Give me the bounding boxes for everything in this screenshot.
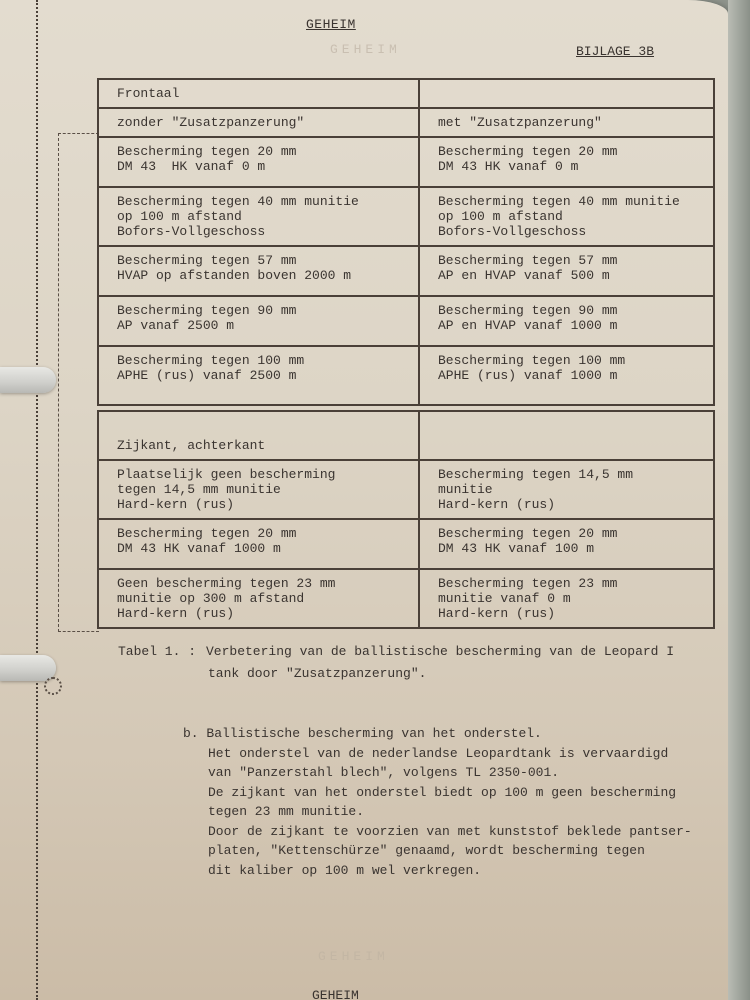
section-title: Frontaal (97, 80, 420, 107)
cell-line: Bofors-Vollgeschoss (438, 224, 713, 239)
background-edge (728, 0, 750, 1000)
cell-line: tegen 14,5 mm munitie (117, 482, 418, 497)
table-row: Plaatselijk geen beschermingtegen 14,5 m… (97, 461, 715, 520)
paragraph-line: platen, "Kettenschürze" genaamd, wordt b… (183, 841, 692, 861)
cell-line: Plaatselijk geen bescherming (117, 467, 418, 482)
table-row: Bescherming tegen 20 mmDM 43 HK vanaf 0 … (97, 138, 715, 188)
cell-line: Hard-kern (rus) (117, 497, 418, 512)
cell-line: Bescherming tegen 14,5 mm (438, 467, 713, 482)
footer-classification: GEHEIM (312, 988, 359, 1000)
cell-with-armor: Bescherming tegen 100 mmAPHE (rus) vanaf… (420, 347, 715, 404)
section-header-row: Frontaal (97, 78, 715, 109)
cell-line (117, 383, 418, 398)
section-title-text: Zijkant, achterkant (117, 438, 418, 453)
document-page: GEHEIM GEHEIM BIJLAGE 3B Frontaalzonder … (0, 0, 728, 1000)
cell-line: Hard-kern (rus) (438, 497, 713, 512)
cell-line: op 100 m afstand (117, 209, 418, 224)
cell-line: Bescherming tegen 100 mm (117, 353, 418, 368)
punch-hole (44, 677, 62, 695)
paragraph-heading: b. Ballistische bescherming van het onde… (183, 724, 692, 744)
cell-with-armor: Bescherming tegen 40 mm munitieop 100 m … (420, 188, 715, 245)
cell-line: Geen bescherming tegen 23 mm (117, 576, 418, 591)
cell-line: Hard-kern (rus) (438, 606, 713, 621)
cell-line: Bescherming tegen 40 mm munitie (438, 194, 713, 209)
cell-with-armor: Bescherming tegen 90 mmAP en HVAP vanaf … (420, 297, 715, 345)
cell-line: AP vanaf 2500 m (117, 318, 418, 333)
protection-table: Frontaalzonder "Zusatzpanzerung"met "Zus… (97, 78, 715, 629)
cell-line: APHE (rus) vanaf 1000 m (438, 368, 713, 383)
footer-classification-ghost: GEHEIM (318, 949, 389, 964)
cell-with-armor: Bescherming tegen 20 mmDM 43 HK vanaf 0 … (420, 138, 715, 186)
binder-margin-line (36, 0, 41, 1000)
cell-line: AP en HVAP vanaf 1000 m (438, 318, 713, 333)
cell-line: Hard-kern (rus) (117, 606, 418, 621)
cell-with-armor: Bescherming tegen 20 mmDM 43 HK vanaf 10… (420, 520, 715, 568)
column-header-right: met "Zusatzpanzerung" (420, 109, 715, 136)
binder-ring-bottom (0, 655, 56, 681)
cell-line: Bescherming tegen 100 mm (438, 353, 713, 368)
table-row: Bescherming tegen 57 mmHVAP op afstanden… (97, 247, 715, 297)
cell-line: Bofors-Vollgeschoss (117, 224, 418, 239)
table-row: Bescherming tegen 20 mmDM 43 HK vanaf 10… (97, 520, 715, 570)
section-title-empty (420, 80, 715, 107)
paragraph-line: Door de zijkant te voorzien van met kuns… (183, 822, 692, 842)
cell-line: Bescherming tegen 20 mm (117, 144, 418, 159)
table-outer-frame (58, 133, 99, 632)
cell-line: Bescherming tegen 90 mm (117, 303, 418, 318)
cell-line: munitie op 300 m afstand (117, 591, 418, 606)
caption-line-2: tank door "Zusatzpanzerung". (118, 663, 674, 685)
classification-header: GEHEIM (306, 17, 356, 32)
cell-without-armor: Bescherming tegen 57 mmHVAP op afstanden… (97, 247, 420, 295)
section-title: Zijkant, achterkant (97, 412, 420, 459)
cell-line: Bescherming tegen 20 mm (438, 144, 713, 159)
cell-line (438, 383, 713, 398)
cell-line: Bescherming tegen 40 mm munitie (117, 194, 418, 209)
cell-line: HVAP op afstanden boven 2000 m (117, 268, 418, 283)
cell-without-armor: Plaatselijk geen beschermingtegen 14,5 m… (97, 461, 420, 518)
cell-line: Bescherming tegen 57 mm (117, 253, 418, 268)
table-row: Bescherming tegen 90 mmAP vanaf 2500 mBe… (97, 297, 715, 347)
cell-without-armor: Bescherming tegen 90 mmAP vanaf 2500 m (97, 297, 420, 345)
annex-label: BIJLAGE 3B (576, 44, 654, 59)
cell-line: DM 43 HK vanaf 0 m (438, 159, 713, 174)
caption-label: Tabel 1. : (118, 641, 206, 663)
table-row: Geen bescherming tegen 23 mmmunitie op 3… (97, 570, 715, 629)
cell-line: AP en HVAP vanaf 500 m (438, 268, 713, 283)
paragraph-line: van "Panzerstahl blech", volgens TL 2350… (183, 763, 692, 783)
cell-line: Bescherming tegen 20 mm (438, 526, 713, 541)
cell-line: Bescherming tegen 90 mm (438, 303, 713, 318)
cell-line: Bescherming tegen 20 mm (117, 526, 418, 541)
cell-line: munitie vanaf 0 m (438, 591, 713, 606)
cell-line: Bescherming tegen 23 mm (438, 576, 713, 591)
cell-without-armor: Bescherming tegen 40 mm munitieop 100 m … (97, 188, 420, 245)
paragraph-line: dit kaliber op 100 m wel verkregen. (183, 861, 692, 881)
paragraph-line: De zijkant van het onderstel biedt op 10… (183, 783, 692, 803)
cell-with-armor: Bescherming tegen 57 mmAP en HVAP vanaf … (420, 247, 715, 295)
cell-line: DM 43 HK vanaf 100 m (438, 541, 713, 556)
table-caption: Tabel 1. :Verbetering van de ballistisch… (118, 641, 674, 685)
cell-line: DM 43 HK vanaf 0 m (117, 159, 418, 174)
section-title-empty (420, 412, 715, 459)
table-row: Bescherming tegen 100 mmAPHE (rus) vanaf… (97, 347, 715, 406)
paragraph-line: Het onderstel van de nederlandse Leopard… (183, 744, 692, 764)
cell-with-armor: Bescherming tegen 23 mmmunitie vanaf 0 m… (420, 570, 715, 627)
section-header-row: Zijkant, achterkant (97, 412, 715, 461)
table-row: Bescherming tegen 40 mm munitieop 100 m … (97, 188, 715, 247)
cell-line: op 100 m afstand (438, 209, 713, 224)
caption-line-1: Verbetering van de ballistische bescherm… (206, 644, 674, 659)
cell-with-armor: Bescherming tegen 14,5 mmmunitieHard-ker… (420, 461, 715, 518)
section-title-text: Frontaal (117, 86, 418, 101)
binder-ring-top (0, 367, 56, 393)
cell-without-armor: Bescherming tegen 100 mmAPHE (rus) vanaf… (97, 347, 420, 404)
cell-line: Bescherming tegen 57 mm (438, 253, 713, 268)
cell-without-armor: Geen bescherming tegen 23 mmmunitie op 3… (97, 570, 420, 627)
cell-line: DM 43 HK vanaf 1000 m (117, 541, 418, 556)
column-header-left: zonder "Zusatzpanzerung" (97, 109, 420, 136)
cell-line: munitie (438, 482, 713, 497)
cell-without-armor: Bescherming tegen 20 mmDM 43 HK vanaf 0 … (97, 138, 420, 186)
paragraph-line: tegen 23 mm munitie. (183, 802, 692, 822)
paragraph-b: b. Ballistische bescherming van het onde… (183, 724, 692, 880)
column-header-row: zonder "Zusatzpanzerung"met "Zusatzpanze… (97, 109, 715, 138)
cell-without-armor: Bescherming tegen 20 mmDM 43 HK vanaf 10… (97, 520, 420, 568)
classification-ghost: GEHEIM (330, 42, 401, 57)
cell-line: APHE (rus) vanaf 2500 m (117, 368, 418, 383)
